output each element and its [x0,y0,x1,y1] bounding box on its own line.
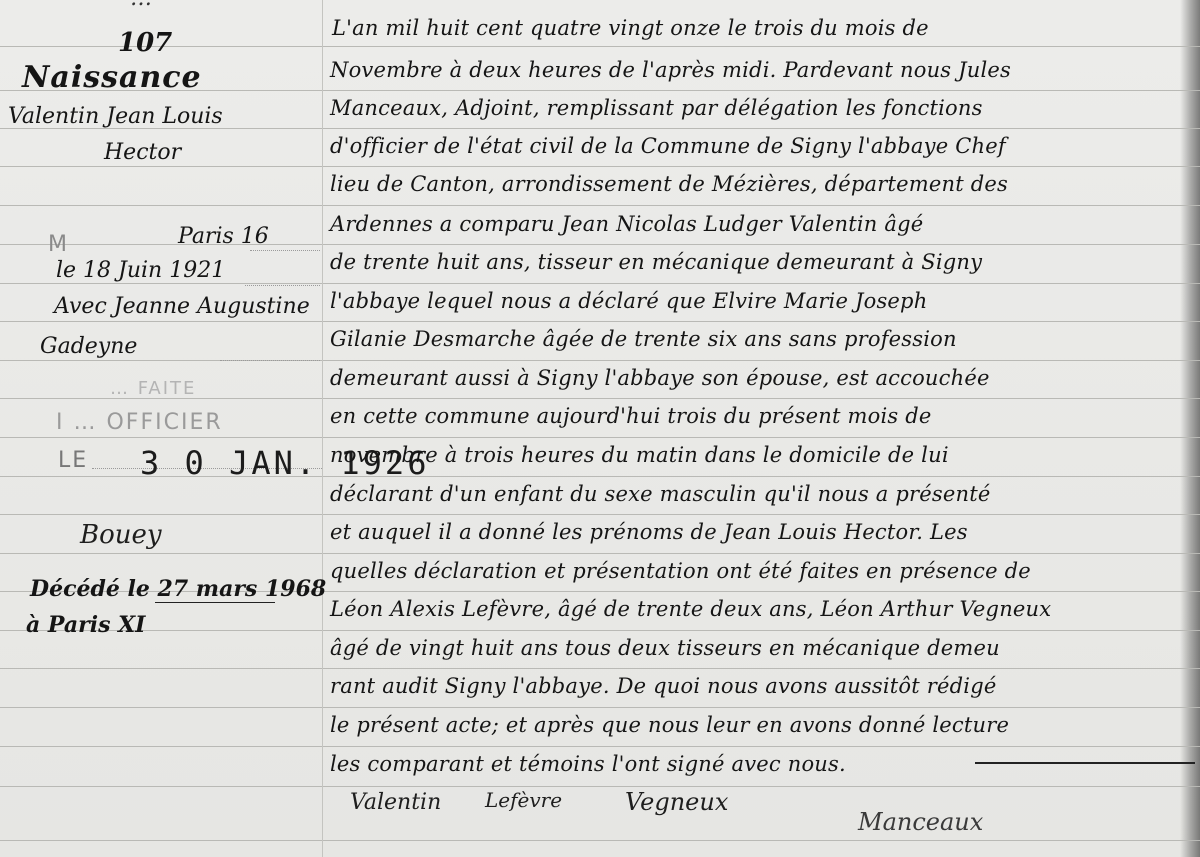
body-line-12: novembre à trois heures du matin dans le… [330,443,949,467]
body-line-17: âgé de vingt huit ans tous deux tisseurs… [330,636,1000,660]
death-note-line2: à Paris XI [26,612,145,638]
record-title: Naissance [22,60,202,95]
signature-officer: Manceaux [858,808,983,836]
child-name-line2: Hector [104,140,181,165]
body-line-4: d'officier de l'état civil de la Commune… [330,134,1006,158]
body-line-6: Ardennes a comparu Jean Nicolas Ludger V… [330,212,923,236]
ruled-line [0,46,1200,47]
body-line-9: Gilanie Desmarche âgée de trente six ans… [330,327,957,351]
marriage-spouse-line2: Gadeyne [40,334,137,359]
ruled-line [0,553,1200,554]
ruled-line [0,283,1200,284]
ruled-line [0,840,1200,841]
death-note-line1: Décédé le 27 mars 1968 [30,576,326,602]
body-line-18: rant audit Signy l'abbaye. De quoi nous … [330,674,996,698]
record-number: 107 [118,28,172,58]
end-of-text-line [975,762,1195,764]
body-line-2: Novembre à deux heures de l'après midi. … [330,58,1011,82]
marriage-spouse-line1: Avec Jeanne Augustine [54,294,310,319]
ruled-line [0,360,1200,361]
body-line-13: déclarant d'un enfant du sexe masculin q… [330,482,991,506]
ruled-line [0,514,1200,515]
signature-witness-1: Lefèvre [485,788,562,812]
registry-page: … 107 Naissance Valentin Jean Louis Hect… [0,0,1200,857]
ruled-line [0,786,1200,787]
signature-father: Valentin [350,790,441,815]
margin-header-fragment: … [130,0,152,11]
body-line-1: L'an mil huit cent quatre vingt onze le … [332,16,929,40]
margin-rule [322,0,323,857]
dotted-fill [245,285,320,286]
ruled-line [0,437,1200,438]
dotted-fill [220,360,320,361]
body-line-16: Léon Alexis Lefèvre, âgé de trente deux … [330,597,1051,621]
ruled-line [0,707,1200,708]
ruled-line [0,668,1200,669]
initials-signature: Bouey [80,520,162,550]
child-name-line1: Valentin Jean Louis [8,104,223,129]
ruled-line [0,205,1200,206]
body-line-5: lieu de Canton, arrondissement de Mézièr… [330,172,1008,196]
underline [155,602,275,603]
ruled-line [0,746,1200,747]
body-line-14: et auquel il a donné les prénoms de Jean… [330,520,968,544]
body-line-3: Manceaux, Adjoint, remplissant par délég… [330,96,983,120]
signature-witness-2: Vegneux [625,788,728,816]
body-line-20: les comparant et témoins l'ont signé ave… [330,752,846,776]
marriage-place: Paris 16 [178,224,269,249]
body-line-15: quelles déclaration et présentation ont … [330,559,1031,583]
stamp-faint-line1: … FAITE [110,378,196,399]
body-line-8: l'abbaye lequel nous a déclaré que Elvir… [330,289,927,313]
body-line-19: le présent acte; et après que nous leur … [330,713,1009,737]
body-line-10: demeurant aussi à Signy l'abbaye son épo… [330,366,990,390]
stamp-faint-line2: I … OFFICIER [56,410,223,435]
ruled-line [0,321,1200,322]
body-line-11: en cette commune aujourd'hui trois du pr… [330,404,931,428]
dotted-fill [250,250,320,251]
marriage-date: le 18 Juin 1921 [56,258,225,283]
stamp-prefix: LE [58,448,88,473]
ruled-line [0,630,1200,631]
marriage-stamp-prefix: M [48,232,69,257]
body-line-7: de trente huit ans, tisseur en mécanique… [330,250,982,274]
ruled-line [0,166,1200,167]
